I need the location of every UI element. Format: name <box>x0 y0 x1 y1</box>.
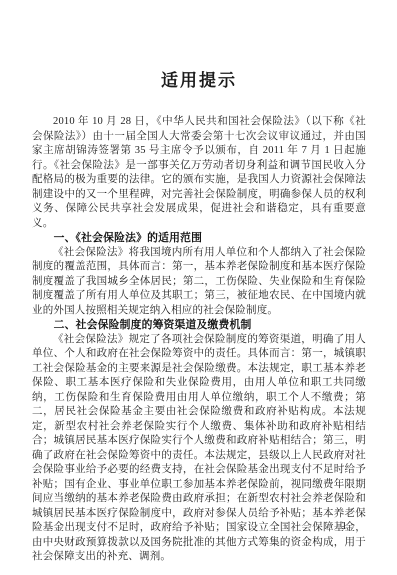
paragraph-intro: 2010 年 10 月 28 日，《中华人民共和国社会保险法》（以下称《社会保险… <box>32 115 366 231</box>
paragraph-funding: 《社会保险法》规定了各项社会保险制度的筹资渠道，明确了用人单位、个人和政府在社会… <box>32 333 366 565</box>
page-title: 适用提示 <box>32 66 366 91</box>
section-heading-scope: 一、《社会保险法》的适用范围 <box>32 231 366 246</box>
document-page: 适用提示 2010 年 10 月 28 日，《中华人民共和国社会保险法》（以下称… <box>0 0 397 575</box>
paragraph-scope: 《社会保险法》将我国境内所有用人单位和个人都纳入了社会保险制度的覆盖范围，具体而… <box>32 246 366 319</box>
document-body: 2010 年 10 月 28 日，《中华人民共和国社会保险法》（以下称《社会保险… <box>32 115 366 565</box>
page-number: 1 <box>342 520 348 532</box>
section-heading-funding: 二、社会保险制度的筹资渠道及缴费机制 <box>32 318 366 333</box>
